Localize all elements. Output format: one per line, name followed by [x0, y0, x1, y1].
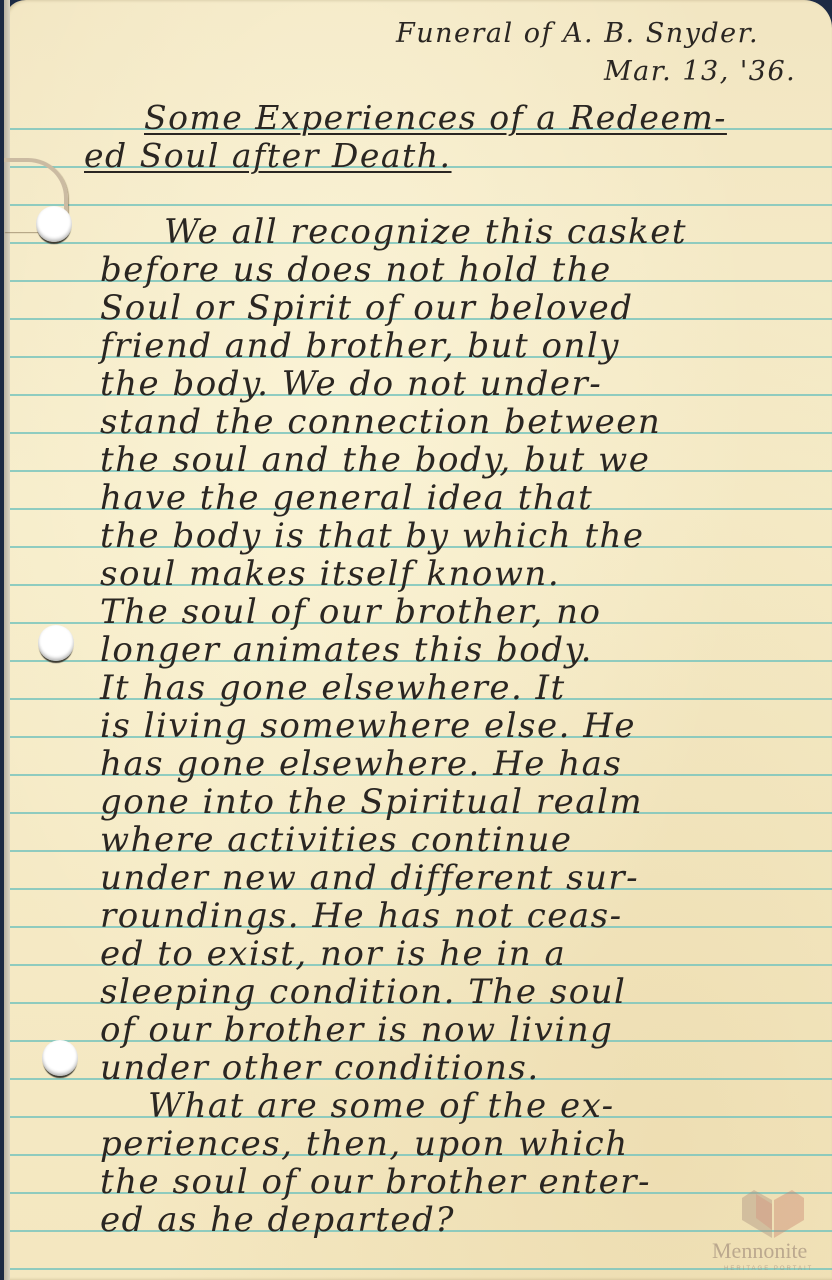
body-line: under other conditions.: [100, 1048, 540, 1088]
body-line: longer animates this body.: [100, 630, 593, 670]
notebook-page: Funeral of A. B. Snyder. Mar. 13, '36. S…: [4, 0, 832, 1280]
punch-hole-middle: [38, 625, 74, 661]
body-line: sleeping condition. The soul: [100, 972, 626, 1012]
title-line-2: ed Soul after Death.: [84, 136, 452, 175]
header-date-line: Mar. 13, '36.: [604, 56, 796, 87]
body-line: have the general idea that: [100, 478, 593, 518]
body-line: under new and different sur-: [100, 858, 639, 898]
body-line: ed to exist, nor is he in a: [100, 934, 566, 974]
title-text-2: ed Soul after Death.: [84, 136, 452, 175]
body-line: of our brother is now living: [100, 1010, 613, 1050]
rule-line: [10, 204, 832, 206]
body-line: soul makes itself known.: [100, 554, 560, 594]
body-line: the body is that by which the: [100, 516, 645, 556]
punch-hole-bottom: [42, 1040, 78, 1076]
body-line: It has gone elsewhere. It: [100, 668, 566, 708]
body-line: has gone elsewhere. He has: [100, 744, 622, 784]
body-line: ed as he departed?: [100, 1200, 455, 1240]
watermark-name: Mennonite: [712, 1238, 807, 1264]
mennonite-watermark: Mennonite HERITAGE PORTAIT: [708, 1190, 832, 1278]
body-line: is living somewhere else. He: [100, 706, 636, 746]
body-line: Soul or Spirit of our beloved: [100, 288, 634, 328]
body-line: where activities continue: [100, 820, 573, 860]
mennonite-logo-icon: [738, 1190, 808, 1238]
body-line: the soul and the body, but we: [100, 440, 650, 480]
body-line: friend and brother, but only: [100, 326, 620, 366]
body-line: The soul of our brother, no: [100, 592, 601, 632]
body-line: What are some of the ex-: [148, 1086, 615, 1126]
body-line: stand the connection between: [100, 402, 661, 442]
punch-hole-top: [36, 206, 72, 242]
body-line: the soul of our brother enter-: [100, 1162, 651, 1202]
body-line: roundings. He has not ceas-: [100, 896, 623, 936]
body-line: before us does not hold the: [100, 250, 612, 290]
body-line: We all recognize this casket: [164, 212, 687, 252]
header-funeral-line: Funeral of A. B. Snyder.: [396, 18, 759, 49]
body-line: the body. We do not under-: [100, 364, 602, 404]
watermark-subtitle: HERITAGE PORTAIT: [724, 1266, 813, 1272]
title-text-1: Some Experiences of a Redeem-: [144, 98, 727, 137]
body-line: periences, then, upon which: [100, 1124, 629, 1164]
body-line: gone into the Spiritual realm: [100, 782, 643, 822]
title-line-1: Some Experiences of a Redeem-: [144, 98, 727, 137]
